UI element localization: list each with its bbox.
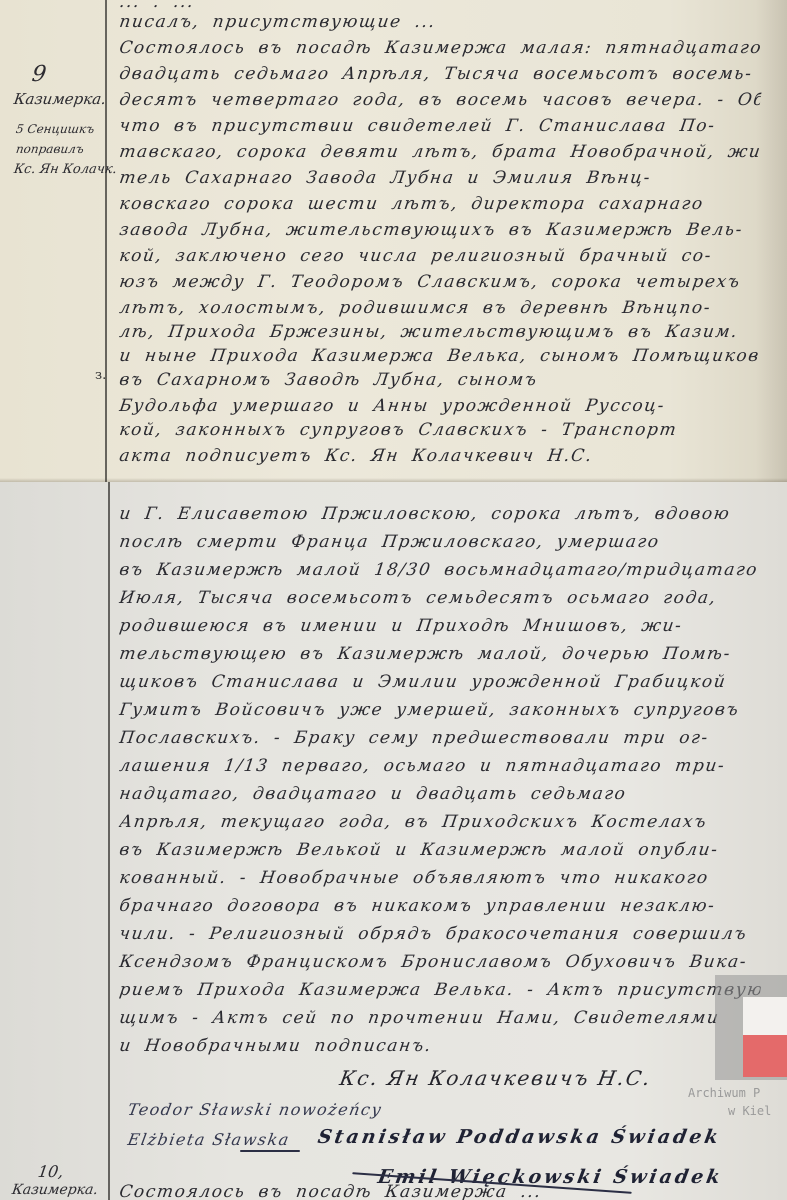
margin-rule [105, 0, 107, 482]
text-line: акта подписуетъ Кс. Ян Колачкевич Н.С. [118, 446, 762, 466]
text-line: лашения 1/13 перваго, осьмаго и пятнадца… [118, 756, 762, 776]
text-line: десятъ четвертаго года, въ восемь часовъ… [118, 90, 762, 110]
text-line: кованный. - Новобрачные объявляютъ что н… [118, 868, 762, 888]
text-line: Гумитъ Войсовичъ уже умершей, законныхъ … [118, 700, 762, 720]
text-line: Состоялось въ посадѣ Казимержа малая: пя… [118, 38, 762, 58]
text-line: кой, заключено сего числа религиозный бр… [118, 246, 762, 266]
margin-rule [108, 482, 110, 1200]
text-line: риемъ Прихода Казимержа Велька. - Актъ п… [118, 980, 762, 1000]
text-line: двадцать седьмаго Апрѣля, Тысяча восемьс… [118, 64, 762, 84]
text-line: родившеюся въ имении и Приходѣ Мнишовъ, … [118, 616, 762, 636]
groom-signature: Teodor Sławski nowożeńcy [126, 1100, 383, 1119]
text-line: и Г. Елисаветою Пржиловскою, сорока лѣтъ… [118, 504, 762, 524]
signature-underline [240, 1150, 300, 1152]
text-line: кой, законныхъ супруговъ Славскихъ - Тра… [118, 420, 762, 440]
text-line: что въ присутствии свидетелей Г. Станисл… [118, 116, 762, 136]
text-line: Июля, Тысяча восемьсотъ семьдесятъ осьма… [118, 588, 762, 608]
text-line: Ксендзомъ Францискомъ Брониславомъ Обухо… [118, 952, 762, 972]
text-line: послѣ смерти Франца Пржиловскаго, умерша… [118, 532, 762, 552]
correction-note-line-1: 5 Сенцишкъ [15, 122, 95, 136]
text-line: въ Сахарномъ Заводѣ Лубна, сыномъ [118, 370, 762, 390]
next-act-parish: Казимерка. [11, 1182, 99, 1198]
text-line: и Новобрачными подписанъ. [118, 1036, 762, 1056]
correction-note-line-2: поправилъ [15, 142, 85, 156]
watermark-text-line-1: Archiwum P [688, 1086, 760, 1100]
text-line: тельствующею въ Казимержѣ малой, дочерью… [118, 644, 762, 664]
text-line: надцатаго, двадцатаго и двадцать седьмаг… [118, 784, 762, 804]
text-line: завода Лубна, жительствующихъ въ Казимер… [118, 220, 762, 240]
text-line: лѣтъ, холостымъ, родившимся въ деревнѣ В… [118, 298, 762, 318]
text-line: щимъ - Актъ сей по прочтении Нами, Свиде… [118, 1008, 762, 1028]
witness-1-signature: Stanisław Poddawska Świadek [316, 1126, 723, 1148]
text-line: Состоялось въ посадѣ Казимержа ... [118, 1182, 762, 1200]
register-page-bottom: и Г. Елисаветою Пржиловскою, сорока лѣтъ… [0, 482, 787, 1200]
text-line: ковскаго сорока шести лѣтъ, директора са… [118, 194, 762, 214]
text-line: юзъ между Г. Теодоромъ Славскимъ, сорока… [118, 272, 762, 292]
bride-signature: Elżbieta Sławska [126, 1130, 291, 1149]
text-line: въ Казимержѣ малой 18/30 восьмнадцатаго/… [118, 560, 762, 580]
text-line: чили. - Религиозный обрядъ бракосочетани… [118, 924, 762, 944]
text-line: Будольфа умершаго и Анны урожденной Русс… [118, 396, 762, 416]
text-line: и ныне Прихода Казимержа Велька, сыномъ … [118, 346, 762, 366]
parish-note: Казимерка. [13, 90, 108, 108]
register-page-top: 9 Казимерка. 5 Сенцишкъ поправилъ Кс. Ян… [0, 0, 787, 482]
text-line: писалъ, присутствующие ... [118, 12, 762, 32]
text-line: Пославскихъ. - Браку сему предшествовали… [118, 728, 762, 748]
text-line: тель Сахарнаго Завода Лубна и Эмилия Вѣн… [118, 168, 762, 188]
priest-signature: Кс. Ян Колачкевичъ Н.С. [338, 1066, 654, 1090]
text-line: щиковъ Станислава и Эмилии урожденной Гр… [118, 672, 762, 692]
archive-logo-watermark [715, 975, 787, 1080]
margin-mark: з. [95, 368, 106, 383]
logo-flag-white [743, 997, 787, 1035]
text-line: ... . ... [118, 0, 762, 12]
correction-note-line-3: Кс. Ян Колачк. [13, 162, 118, 177]
text-line: въ Казимержѣ Велькой и Казимержѣ малой о… [118, 840, 762, 860]
text-line: брачнаго договора въ никакомъ управлении… [118, 896, 762, 916]
text-line: Апрѣля, текущаго года, въ Приходскихъ Ко… [118, 812, 762, 832]
next-act-number: 10, [37, 1162, 65, 1181]
logo-flag-red [743, 1035, 787, 1077]
text-line: тавскаго, сорока девяти лѣтъ, брата Ново… [118, 142, 762, 162]
act-number: 9 [30, 62, 48, 87]
watermark-text-line-2: w Kiel [728, 1104, 771, 1118]
text-line: лѣ, Прихода Бржезины, жительствующимъ въ… [118, 322, 762, 342]
